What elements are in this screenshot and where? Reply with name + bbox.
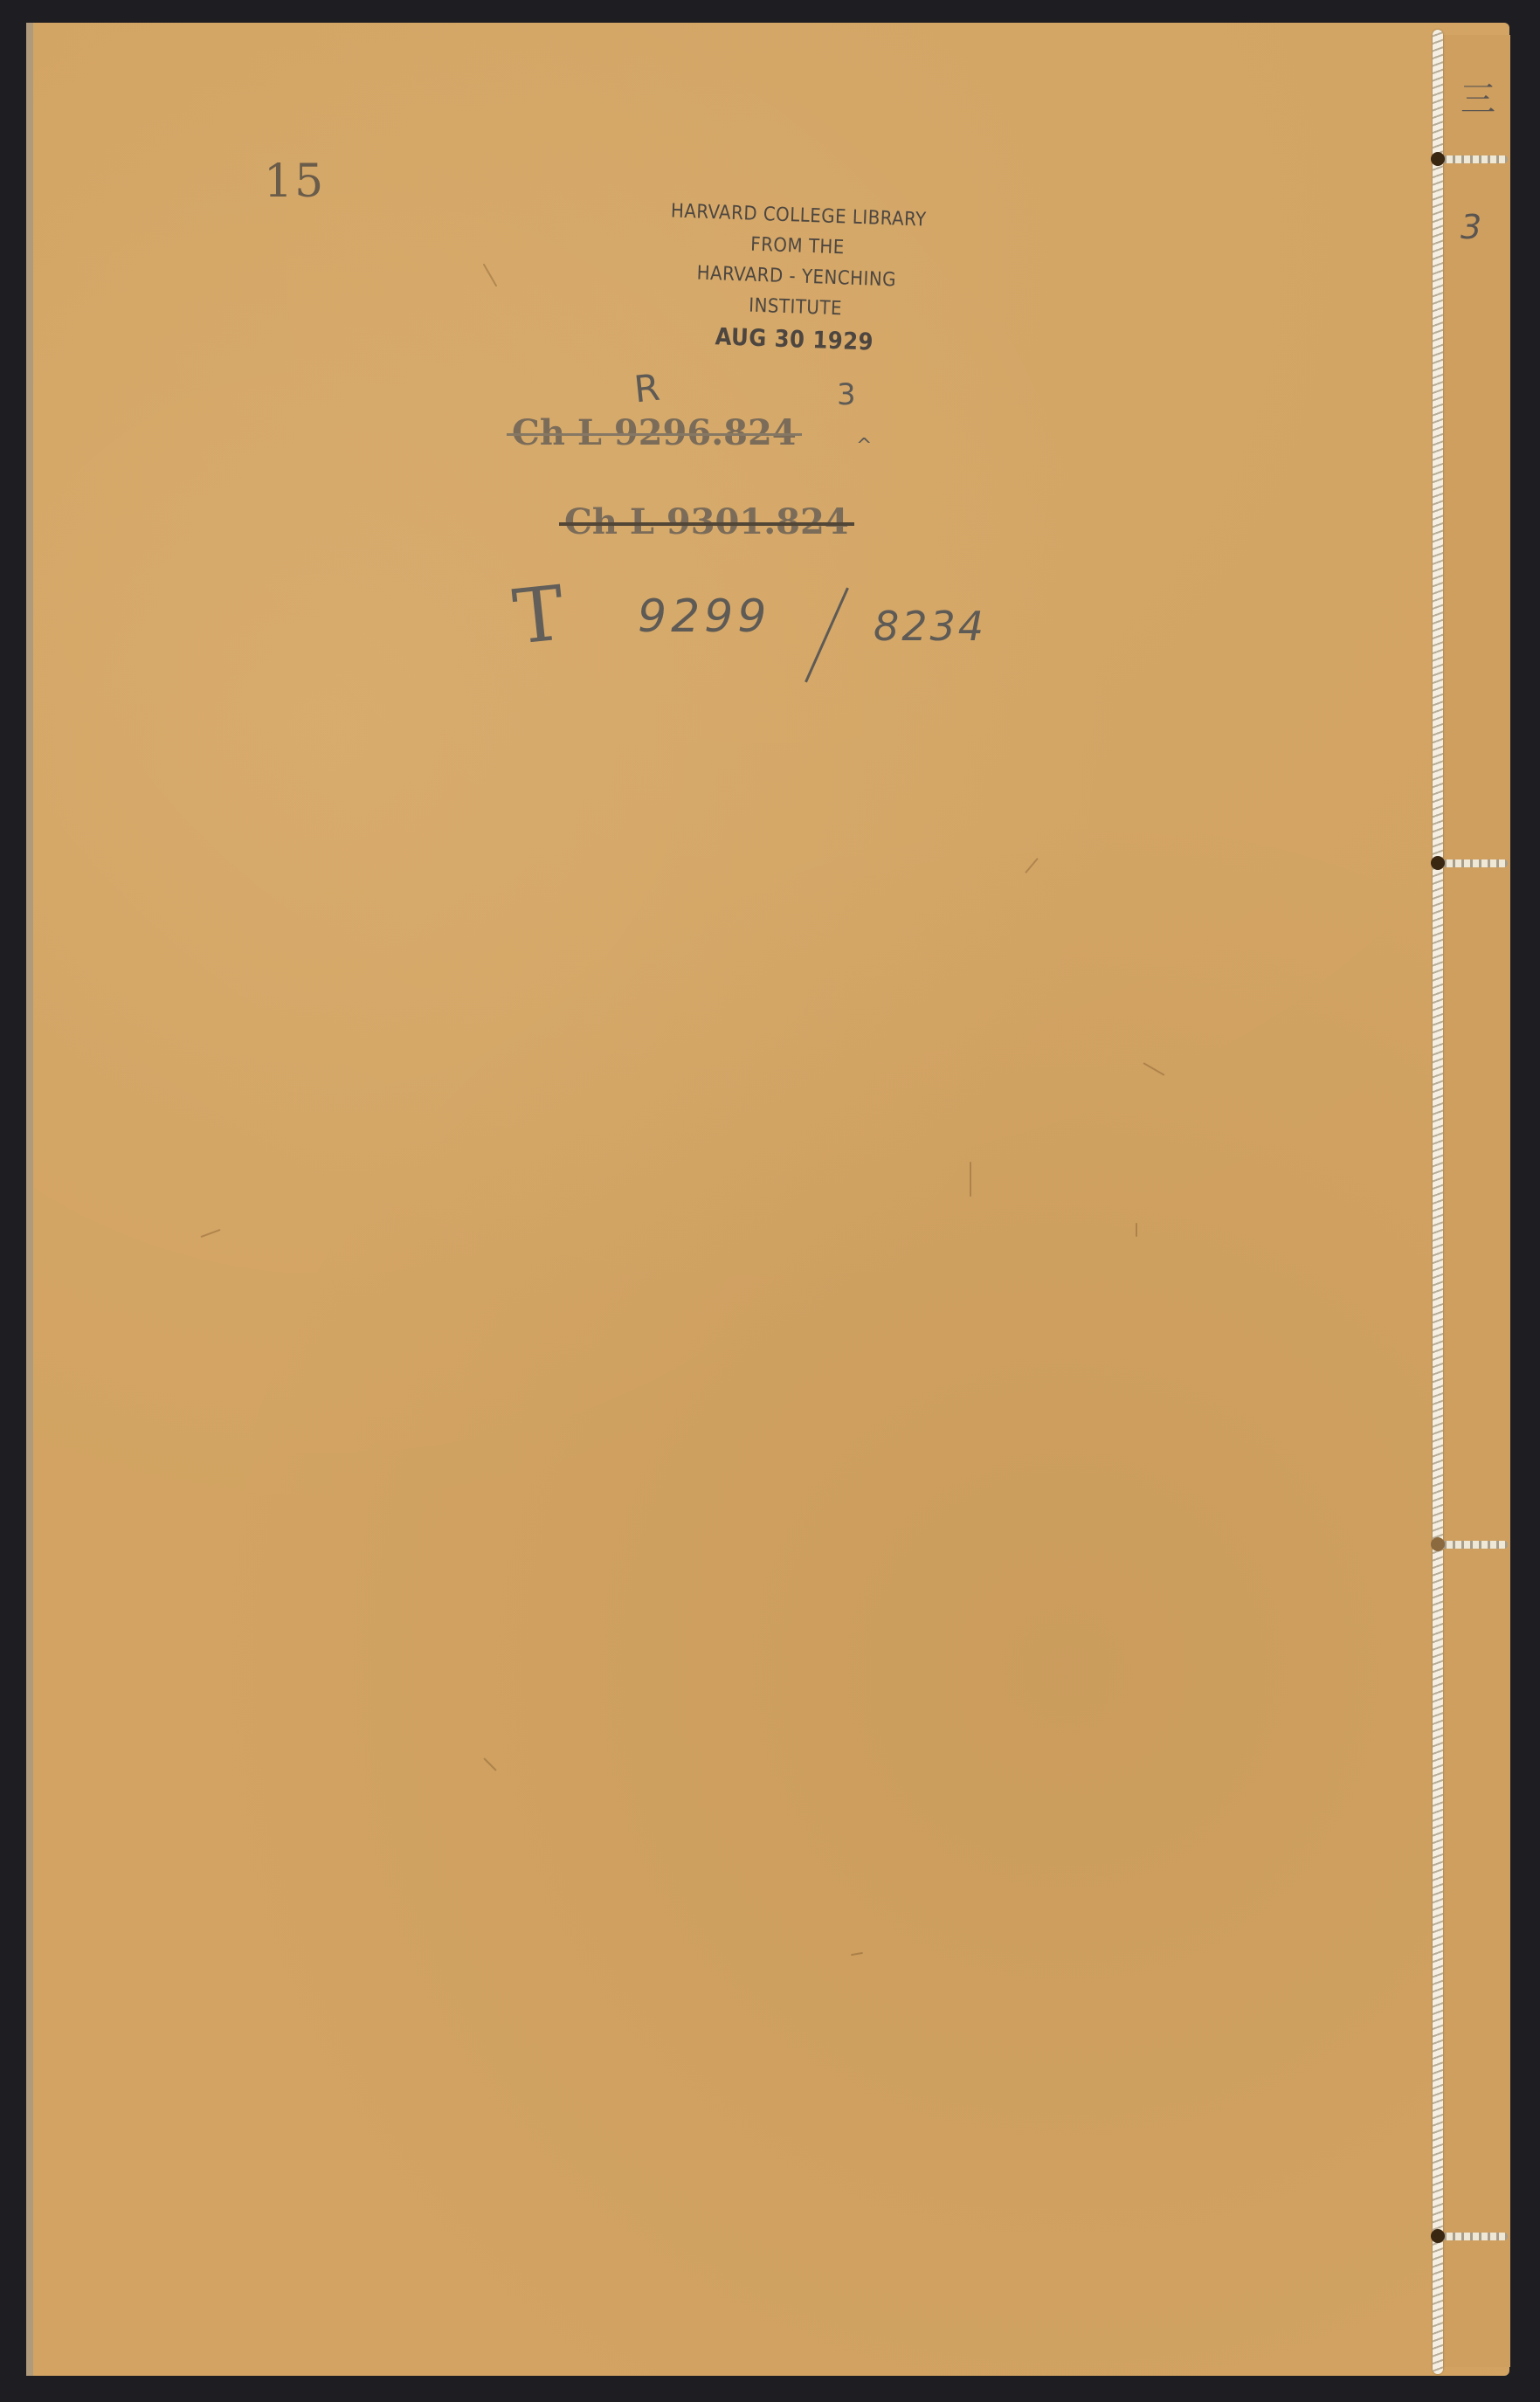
stitch-wrap xyxy=(1438,1541,1508,1549)
page-number: 15 xyxy=(264,155,325,208)
stitch-wrap xyxy=(1438,859,1508,867)
pencil-call-suffix: 8234 xyxy=(874,603,986,650)
strikethrough-line xyxy=(507,433,802,436)
stitch-wrap xyxy=(1438,155,1508,163)
spine-volume-mark-arabic: 3 xyxy=(1461,208,1481,246)
paper-fiber xyxy=(970,1162,971,1197)
struck-call-number-1: Ch L 9296.824 xyxy=(512,412,797,453)
pencil-call-number: 9299 xyxy=(638,590,770,643)
stitch-hole xyxy=(1431,152,1445,166)
spine-flap xyxy=(1433,35,1510,2367)
stitch-hole xyxy=(1431,856,1445,870)
pencil-annotation-r: R xyxy=(632,366,662,411)
struck-call-number-2: Ch L 9301.824 xyxy=(564,501,849,542)
stitch-hole xyxy=(1431,1537,1445,1551)
strikethrough-line xyxy=(559,522,854,526)
library-stamp: HARVARD COLLEGE LIBRARY FROM THE HARVARD… xyxy=(606,194,987,362)
stitch-wrap xyxy=(1438,2233,1508,2240)
pencil-call-prefix: T xyxy=(509,569,569,661)
spine-volume-mark-chinese: 三 xyxy=(1461,72,1495,121)
stitch-hole xyxy=(1431,2229,1445,2243)
paper-fiber xyxy=(1136,1223,1137,1237)
book-cover xyxy=(33,23,1509,2376)
pencil-caret: ^ xyxy=(856,435,872,457)
pencil-correction-3: 3 xyxy=(837,377,856,412)
binding-thread xyxy=(1433,30,1443,2374)
